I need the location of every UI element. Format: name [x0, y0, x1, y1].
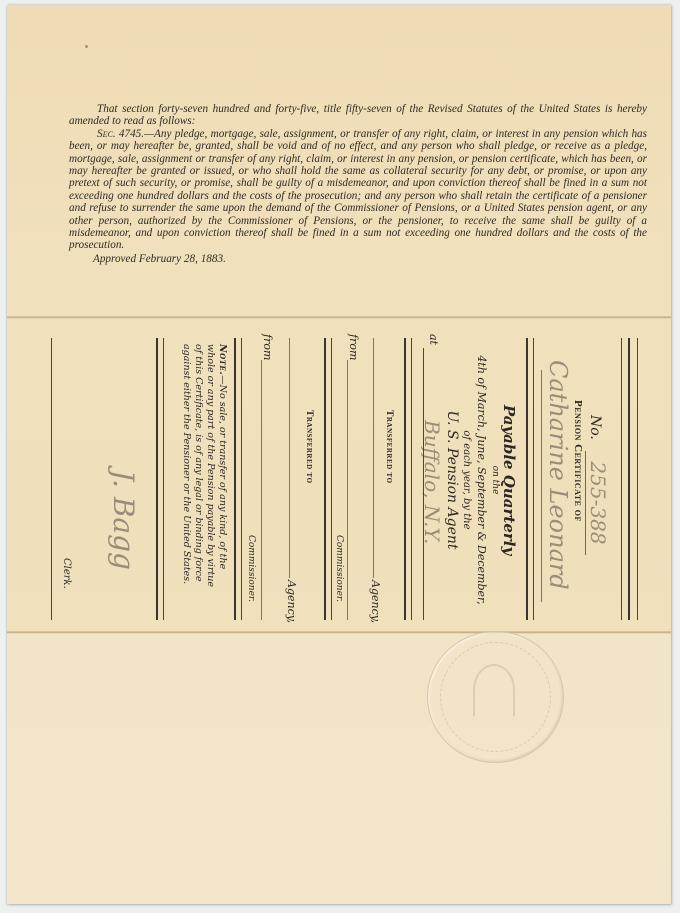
section-label: Sec. 4745.: [97, 128, 144, 140]
rule: [533, 338, 534, 620]
note-text: —No sale, or transfer of any kind, of th…: [181, 344, 228, 587]
certificate-number-row: No. 255-388: [586, 415, 610, 555]
approved-date: Approved February 28, 1883.: [93, 253, 647, 265]
rule: [241, 338, 242, 620]
transfer-2-from-rule: [261, 360, 262, 620]
transfer-1-from-label: from: [347, 334, 360, 360]
note-text-block: Note.—No sale, or transfer of any kind, …: [180, 344, 228, 594]
rule: [637, 338, 638, 620]
transfer-1-agency-label: Agency,: [369, 580, 382, 623]
rule: [411, 338, 412, 620]
at-label: at: [427, 334, 440, 345]
rule: [628, 338, 630, 620]
certificate-rotated-content: No. 255-388 Pension Certificate of Catha…: [30, 330, 640, 630]
rule: [51, 338, 52, 620]
certificate-stub: No. 255-388 Pension Certificate of Catha…: [30, 330, 640, 630]
payable-on: on the: [490, 390, 500, 570]
rule: [324, 338, 326, 620]
embossed-seal: [427, 631, 564, 763]
rule: [234, 338, 236, 620]
certificate-title: Pension Certificate of: [572, 400, 584, 522]
payable-heading: Payable Quarterly: [500, 390, 518, 570]
transfer-2-commissioner-label: Commissioner.: [246, 535, 256, 602]
statute-section: Sec. 4745.—Any pledge, mortgage, sale, a…: [69, 128, 647, 252]
fold-line-upper: [7, 316, 671, 319]
transfer-1-commissioner-label: Commissioner.: [334, 535, 344, 602]
payable-agent: U. S. Pension Agent: [444, 370, 460, 590]
payable-dates: 4th of March, June, September & December…: [475, 345, 488, 615]
section-text: —Any pledge, mortgage, sale, assignment,…: [69, 128, 647, 252]
transfer-1-from-rule: [347, 360, 348, 620]
certificate-number: 255-388: [585, 451, 610, 554]
payable-each-year: of each year, by the: [461, 390, 472, 570]
transfer-1-agency-rule: [373, 338, 374, 578]
name-rule: [541, 370, 542, 602]
transfer-2-agency-label: Agency,: [285, 580, 298, 623]
transfer-2-agency-rule: [289, 338, 290, 578]
at-rule: [423, 348, 424, 620]
paper-speck: [85, 45, 88, 48]
rule: [331, 338, 332, 620]
number-label: No.: [587, 415, 603, 440]
eagle-emboss-icon: [473, 664, 515, 716]
clerk-signature: J. Bagg: [107, 470, 140, 570]
rule: [621, 338, 622, 620]
clerk-label: Clerk.: [61, 558, 72, 589]
rule: [404, 338, 406, 620]
lower-blank-panel: [7, 634, 671, 904]
transfer-1-heading: Transferred to: [384, 410, 394, 484]
rule: [156, 338, 158, 620]
transfer-2-heading: Transferred to: [304, 410, 314, 484]
rule: [526, 338, 528, 620]
statute-intro: That section forty-seven hundred and for…: [69, 103, 647, 128]
pensioner-name: Catharine Leonard: [544, 360, 572, 590]
statute-text-block: That section forty-seven hundred and for…: [69, 103, 647, 265]
transfer-2-from-label: from: [261, 334, 274, 360]
rule: [163, 338, 164, 620]
note-label: Note.: [217, 344, 228, 375]
